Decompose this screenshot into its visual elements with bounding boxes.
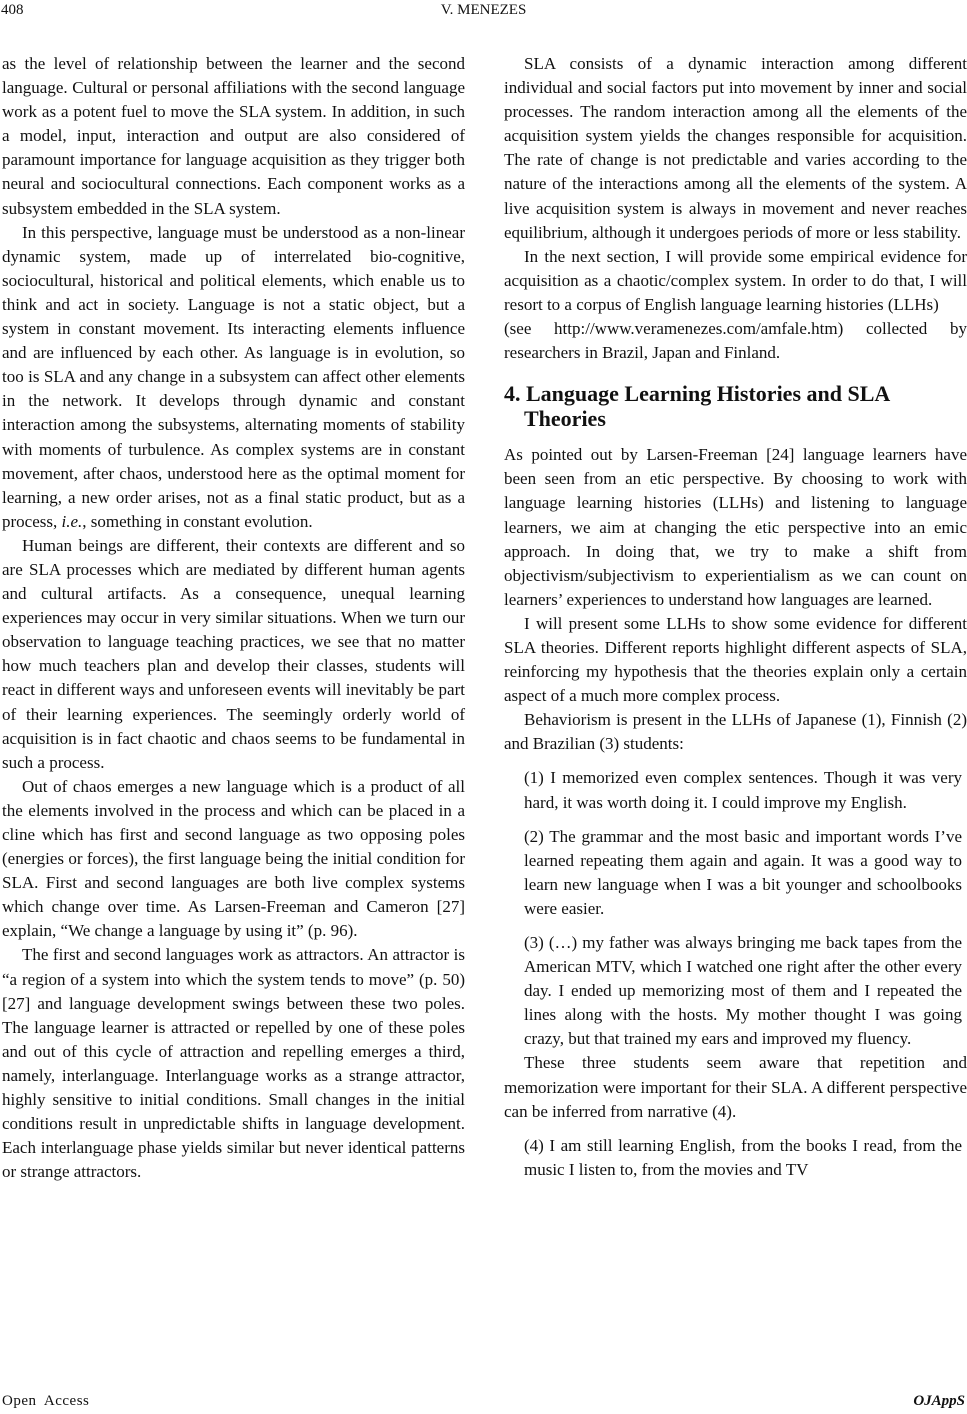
section-heading: 4. Language Learning Histories and SLA T… — [504, 381, 967, 431]
block-quote: (4) I am still learning English, from th… — [524, 1134, 962, 1182]
paragraph: As pointed out by Larsen-Freeman [24] la… — [504, 443, 967, 612]
paragraph: Behaviorism is present in the LLHs of Ja… — [504, 708, 967, 756]
running-header: 408 V. MENEZES — [0, 0, 967, 22]
paragraph: In the next section, I will provide some… — [504, 245, 967, 317]
left-column: as the level of relationship between the… — [2, 52, 465, 1184]
paragraph: (see http://www.veramenezes.com/amfale.h… — [504, 317, 967, 365]
paragraph: Human beings are different, their contex… — [2, 534, 465, 775]
paragraph: Out of chaos emerges a new language whic… — [2, 775, 465, 944]
right-column: SLA consists of a dynamic interaction am… — [504, 52, 967, 1192]
paragraph: SLA consists of a dynamic interaction am… — [504, 52, 967, 245]
paragraph: In this perspective, language must be un… — [2, 221, 465, 534]
paragraph: These three students seem aware that rep… — [504, 1051, 967, 1123]
paragraph-text: In this perspective, language must be un… — [2, 223, 465, 531]
block-quote: (2) The grammar and the most basic and i… — [524, 825, 962, 921]
paragraph-tail: , something in constant evolution. — [82, 512, 312, 531]
block-quote: (1) I memorized even complex sentences. … — [524, 766, 962, 814]
italic-abbrev: i.e. — [61, 512, 82, 531]
paragraph: I will present some LLHs to show some ev… — [504, 612, 967, 708]
paragraph: as the level of relationship between the… — [2, 52, 465, 221]
running-author: V. MENEZES — [0, 0, 967, 20]
journal-abbrev: OJAppS — [913, 1392, 965, 1410]
paragraph: The first and second languages work as a… — [2, 943, 465, 1184]
block-quote: (3) (…) my father was always bringing me… — [524, 931, 962, 1051]
open-access-label: Open Access — [2, 1392, 89, 1410]
page-footer: Open Access OJAppS — [0, 1392, 967, 1412]
